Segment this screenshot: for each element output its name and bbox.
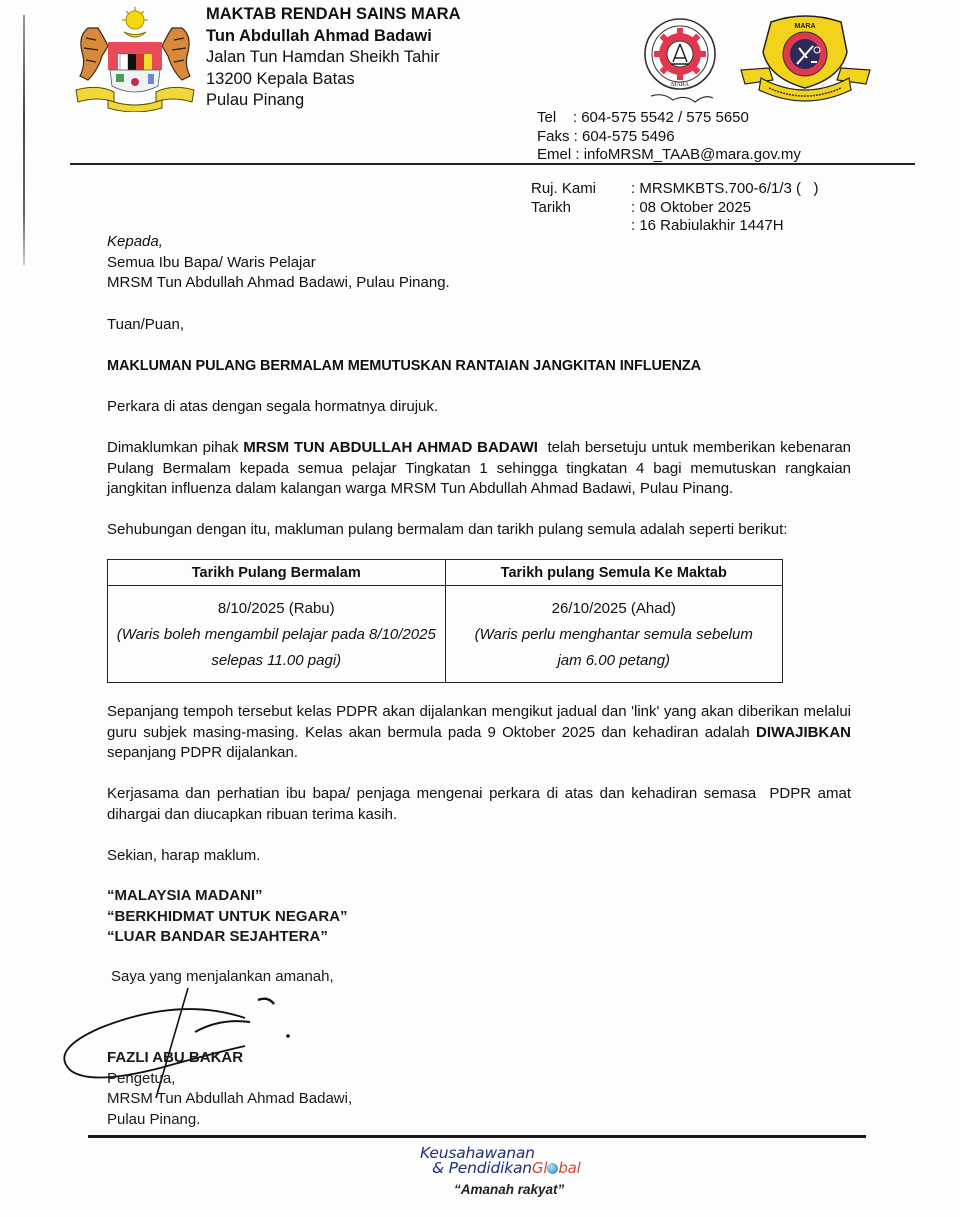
leave-note: selepas 11.00 pagi) [114, 648, 439, 674]
ref-value: : MRSMKBTS.700-6/1/3 ( ) [631, 180, 819, 199]
global-prefix: Gl [532, 1159, 547, 1177]
mandatory-bold: DIWAJIBKAN [756, 724, 851, 741]
address-line: Jalan Tun Hamdan Sheikh Tahir [206, 47, 461, 69]
email-label: Emel [537, 146, 571, 163]
footer-divider [88, 1135, 866, 1138]
paragraph-main: Dimaklumkan pihak MRSM TUN ABDULLAH AHMA… [107, 438, 851, 500]
email-value: infoMRSM_TAAB@mara.gov.my [584, 146, 801, 163]
letter-subject: MAKLUMAN PULANG BERMALAM MEMUTUSKAN RANT… [107, 356, 851, 377]
footer-logo-text: Keusahawanan & PendidikanGlbal [420, 1146, 620, 1176]
svg-text:MARA: MARA [671, 82, 690, 88]
signer-title: Pengetua, [107, 1069, 352, 1090]
column-header: Tarikh Pulang Bermalam [108, 560, 446, 586]
scan-edge-line [23, 15, 25, 265]
table-row: 8/10/2025 (Rabu) (Waris boleh mengambil … [108, 586, 783, 683]
return-note: (Waris perlu menghantar semula sebelum [452, 622, 777, 648]
global-suffix: bal [558, 1159, 580, 1177]
column-header: Tarikh pulang Semula Ke Maktab [445, 560, 783, 586]
footer-tagline: “Amanah rakyat” [420, 1182, 620, 1197]
fax-value: 604-575 5496 [582, 128, 675, 145]
college-name: Tun Abdullah Ahmad Badawi [206, 26, 461, 48]
reference-block: Ruj. Kami : MRSMKBTS.700-6/1/3 ( ) Tarik… [531, 180, 819, 236]
signer-name: FAZLI ABU BAKAR [107, 1048, 352, 1069]
footer-motto: Keusahawanan & PendidikanGlbal “Amanah r… [420, 1146, 620, 1197]
reference-row: Ruj. Kami : MRSMKBTS.700-6/1/3 ( ) [531, 180, 819, 199]
closing-line: Saya yang menjalankan amanah, [111, 968, 334, 985]
header-divider [70, 163, 915, 165]
svg-text:MARA: MARA [795, 23, 816, 30]
ref-label: Ruj. Kami [531, 180, 631, 199]
slogans: “MALAYSIA MADANI” “BERKHIDMAT UNTUK NEGA… [107, 886, 348, 948]
address-line: Pulau Pinang [206, 90, 461, 112]
institution-name: MAKTAB RENDAH SAINS MARA [206, 4, 461, 26]
signer-block: FAZLI ABU BAKAR Pengetua, MRSM Tun Abdul… [107, 1048, 352, 1130]
signer-org: MRSM Tun Abdullah Ahmad Badawi, [107, 1089, 352, 1110]
table-header-row: Tarikh Pulang Bermalam Tarikh pulang Sem… [108, 560, 783, 586]
leave-date: 8/10/2025 (Rabu) [114, 596, 439, 622]
majlis-amanah-rakyat-mara-logo: MARA [633, 14, 728, 109]
return-date: 26/10/2025 (Ahad) [452, 596, 777, 622]
slogan: “BERKHIDMAT UNTUK NEGARA” [107, 907, 348, 928]
paragraph-sepanjang: Sepanjang tempoh tersebut kelas PDPR aka… [107, 702, 851, 764]
contact-fax: Faks : 604-575 5496 [537, 128, 801, 147]
text-span: Sepanjang tempoh tersebut kelas PDPR aka… [107, 703, 851, 741]
fax-label: Faks [537, 128, 570, 145]
recipient-line: MRSM Tun Abdullah Ahmad Badawi, Pulau Pi… [107, 273, 851, 294]
contact-email: Emel : infoMRSM_TAAB@mara.gov.my [537, 146, 801, 165]
return-cell: 26/10/2025 (Ahad) (Waris perlu menghanta… [445, 586, 783, 683]
schedule-table: Tarikh Pulang Bermalam Tarikh pulang Sem… [107, 559, 783, 683]
globe-icon [547, 1163, 558, 1174]
recipient-block: Kepada, Semua Ibu Bapa/ Waris Pelajar MR… [107, 232, 851, 294]
leave-cell: 8/10/2025 (Rabu) (Waris boleh mengambil … [108, 586, 446, 683]
paragraph-kerjasama: Kerjasama dan perhatian ibu bapa/ penjag… [107, 784, 851, 825]
signer-location: Pulau Pinang. [107, 1110, 352, 1131]
paragraph-sehubungan: Sehubungan dengan itu, makluman pulang b… [107, 520, 851, 541]
school-name-bold: MRSM TUN ABDULLAH AHMAD BADAWI [243, 439, 538, 456]
address-line: 13200 Kepala Batas [206, 69, 461, 91]
text-span: Dimaklumkan pihak [107, 439, 243, 456]
paragraph-sekian: Sekian, harap maklum. [107, 846, 851, 867]
text-span: sepanjang PDPR dijalankan. [107, 744, 298, 761]
footer-global: Glbal [532, 1159, 581, 1177]
tel-value: 604-575 5542 / 575 5650 [581, 109, 749, 126]
greeting: Tuan/Puan, [107, 315, 851, 336]
leave-note: (Waris boleh mengambil pelajar pada 8/10… [114, 622, 439, 648]
footer-line2-wrap: & PendidikanGlbal [420, 1161, 620, 1176]
letterhead: MAKTAB RENDAH SAINS MARA Tun Abdullah Ah… [206, 4, 461, 112]
footer-line2: & Pendidikan [432, 1159, 532, 1177]
contact-block: Tel : 604-575 5542 / 575 5650 Faks : 604… [537, 109, 801, 165]
contact-tel: Tel : 604-575 5542 / 575 5650 [537, 109, 801, 128]
paragraph-rujuk: Perkara di atas dengan segala hormatnya … [107, 397, 851, 418]
date-row: Tarikh : 08 Oktober 2025 [531, 199, 819, 218]
slogan: “LUAR BANDAR SEJAHTERA” [107, 927, 348, 948]
date-value: : 08 Oktober 2025 [631, 199, 751, 218]
slogan: “MALAYSIA MADANI” [107, 886, 348, 907]
date-label: Tarikh [531, 199, 631, 218]
malaysia-coat-of-arms-icon [68, 6, 202, 112]
tel-label: Tel [537, 109, 556, 126]
recipient-line: Semua Ibu Bapa/ Waris Pelajar [107, 253, 851, 274]
recipient-label: Kepada, [107, 232, 851, 253]
mrsm-logo: MARA [733, 12, 878, 104]
return-note: jam 6.00 petang) [452, 648, 777, 674]
